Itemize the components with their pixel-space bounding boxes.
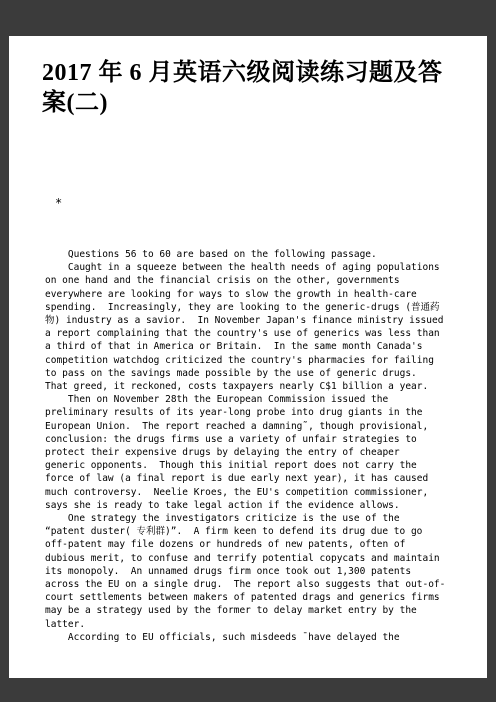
viewer-background: 2017 年 6 月英语六级阅读练习题及答案(二) * Questions 56… bbox=[0, 0, 496, 702]
text-line: on one hand and the financial crisis on … bbox=[45, 274, 487, 287]
text-line: across the EU on a single drug. The repo… bbox=[45, 578, 487, 591]
text-line: everywhere are looking for ways to slow … bbox=[45, 288, 487, 301]
text-line: Questions 56 to 60 are based on the foll… bbox=[45, 248, 487, 261]
text-line: may be a strategy used by the former to … bbox=[45, 604, 487, 617]
text-line: 2017 年 6 月英语六级阅读练习题及答 bbox=[42, 58, 447, 88]
document-title: 2017 年 6 月英语六级阅读练习题及答案(二) bbox=[42, 58, 447, 118]
text-line: “patent duster( 专利群)”. A firm keen to de… bbox=[45, 525, 487, 538]
text-line: spending. Increasingly, they are looking… bbox=[45, 301, 487, 314]
text-line: Caught in a squeeze between the health n… bbox=[45, 261, 487, 274]
document-body-text: Questions 56 to 60 are based on the foll… bbox=[45, 248, 487, 644]
text-line: latter. bbox=[45, 618, 487, 631]
text-line: its monopoly. An unnamed drugs firm once… bbox=[45, 565, 487, 578]
text-line: According to EU officials, such misdeeds… bbox=[45, 631, 487, 644]
text-line: 案(二) bbox=[42, 88, 447, 118]
asterisk-marker: * bbox=[55, 197, 487, 210]
text-line: protect their expensive drugs by delayin… bbox=[45, 446, 487, 459]
text-line: a third of that in America or Britain. I… bbox=[45, 340, 487, 353]
text-line: off-patent may file dozens or hundreds o… bbox=[45, 538, 487, 551]
text-line: generic opponents. Though this initial r… bbox=[45, 459, 487, 472]
text-line: conclusion: the drugs firms use a variet… bbox=[45, 433, 487, 446]
text-line: Then on November 28th the European Commi… bbox=[45, 393, 487, 406]
text-line: 物) industry as a savior. In November Jap… bbox=[45, 314, 487, 327]
text-line: competition watchdog criticized the coun… bbox=[45, 354, 487, 367]
text-line: preliminary results of its year-long pro… bbox=[45, 406, 487, 419]
text-line: dubious merit, to confuse and terrify po… bbox=[45, 552, 487, 565]
text-line: a report complaining that the country's … bbox=[45, 327, 487, 340]
text-line: That greed, it reckoned, costs taxpayers… bbox=[45, 380, 487, 393]
text-line: much controversy. Neelie Kroes, the EU's… bbox=[45, 486, 487, 499]
text-line: court settlements between makers of pate… bbox=[45, 591, 487, 604]
text-line: One strategy the investigators criticize… bbox=[45, 512, 487, 525]
document-page: 2017 年 6 月英语六级阅读练习题及答案(二) * Questions 56… bbox=[9, 36, 487, 678]
text-line: European Union. The report reached a dam… bbox=[45, 420, 487, 433]
text-line: to pass on the savings made possible by … bbox=[45, 367, 487, 380]
text-line: says she is ready to take legal action i… bbox=[45, 499, 487, 512]
text-line: force of law (a final report is due earl… bbox=[45, 472, 487, 485]
